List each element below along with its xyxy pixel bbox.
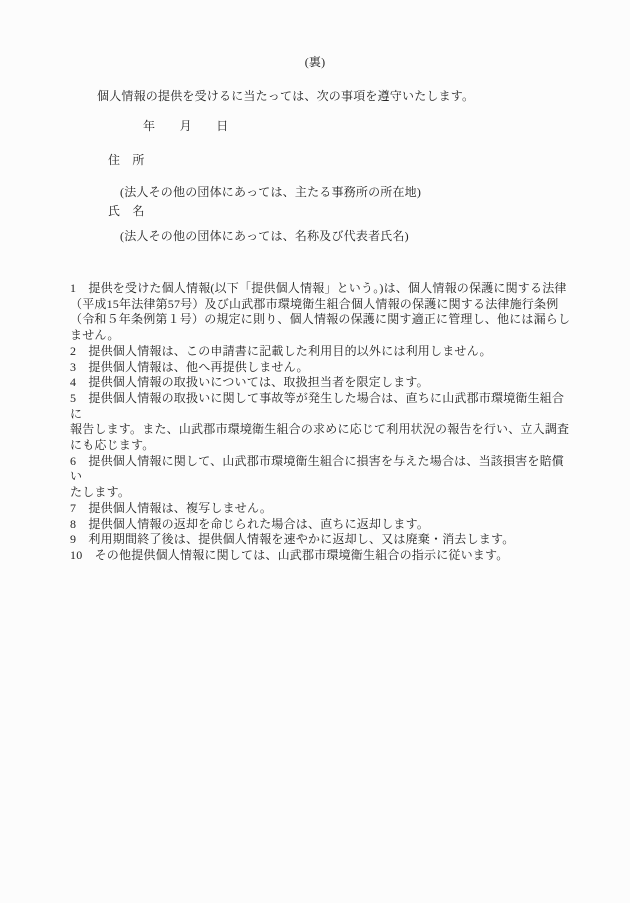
- rule-item-1: 1 提供を受けた個人情報(以下「提供個人情報」という。)は、個人情報の保護に関す…: [70, 281, 574, 344]
- rule-item-7: 7 提供個人情報は、複写しません。: [70, 501, 574, 517]
- address-corporation-note: (法人その他の団体にあっては、主たる事務所の所在地): [120, 185, 421, 201]
- document-page-back: (裏) 個人情報の提供を受けるに当たっては、次の事項を遵守いたします。 年 月 …: [0, 0, 630, 903]
- rule-item-8: 8 提供個人情報の返却を命じられた場合は、直ちに返却します。: [70, 517, 574, 533]
- rule-item-3: 3 提供個人情報は、他へ再提供しません。: [70, 360, 574, 376]
- rule-item-6: 6 提供個人情報に関して、山武郡市環境衛生組合に損害を与えた場合は、当該損害を賠…: [70, 454, 574, 501]
- rule-item-4: 4 提供個人情報の取扱いについては、取扱担当者を限定します。: [70, 375, 574, 391]
- page-side-label: (裏): [0, 55, 630, 71]
- name-label: 氏 名: [108, 204, 145, 220]
- rule-item-5: 5 提供個人情報の取扱いに関して事故等が発生した場合は、直ちに山武郡市環境衛生組…: [70, 391, 574, 454]
- intro-statement: 個人情報の提供を受けるに当たっては、次の事項を遵守いたします。: [97, 89, 474, 105]
- name-corporation-note: (法人その他の団体にあっては、名称及び代表者氏名): [120, 229, 409, 245]
- rule-item-9: 9 利用期間終了後は、提供個人情報を速やかに返却し、又は廃棄・消去します。: [70, 532, 574, 548]
- address-label: 住 所: [108, 153, 145, 169]
- rule-item-10: 10 その他提供個人情報に関しては、山武郡市環境衛生組合の指示に従います。: [70, 548, 574, 564]
- rule-item-2: 2 提供個人情報は、この申請書に記載した利用目的以外には利用しません。: [70, 344, 574, 360]
- date-line: 年 月 日: [143, 119, 228, 135]
- rules-list: 1 提供を受けた個人情報(以下「提供個人情報」という。)は、個人情報の保護に関す…: [70, 281, 574, 564]
